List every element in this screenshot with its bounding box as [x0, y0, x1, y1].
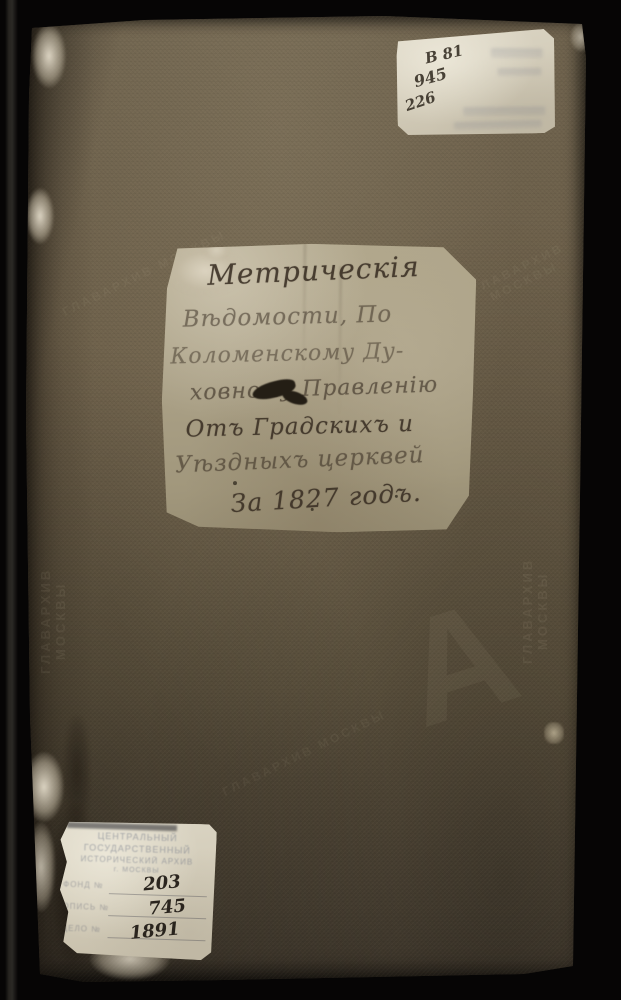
title-line: Вѣдомости, По — [182, 301, 392, 332]
watermark-text: ГЛАВАРХИВ МОСКВЫ — [520, 536, 550, 686]
watermark-letter: А — [380, 563, 536, 761]
handwritten-number: 226 — [403, 88, 438, 115]
opis-row: ОПИСЬ № — [62, 900, 208, 921]
scan-cradle-strip — [5, 0, 18, 1000]
delo-field-label: ДЕЛО № — [62, 924, 101, 934]
title-line: За 1827 годъ. — [230, 478, 423, 518]
fond-field-label: ФОНД № — [63, 880, 104, 890]
title-label: Метрическія Вѣдомости, По Коломенскому Д… — [158, 240, 479, 535]
worn-dark-streak — [64, 716, 90, 826]
faded-stamp-smudge — [463, 106, 545, 116]
title-line: Отъ Градскихъ и — [185, 411, 414, 443]
inventory-label-top: В 81 945 226 — [394, 29, 558, 140]
opis-number: 745 — [148, 895, 187, 919]
fray-spot — [32, 24, 66, 88]
title-line: Коломенскому Ду- — [170, 339, 405, 370]
opis-field-label: ОПИСЬ № — [62, 902, 109, 912]
fond-number: 203 — [142, 871, 181, 895]
watermark-text: ГЛАВАРХИВ МОСКВЫ — [220, 707, 388, 799]
ink-dot — [395, 495, 398, 498]
faded-stamp-smudge — [497, 68, 541, 76]
title-line: ховному Правленію — [190, 372, 439, 405]
fray-spot — [570, 22, 592, 52]
archive-stamp-label: ЦЕНТРАЛЬНЫЙ ГОСУДАРСТВЕННЫЙ ИСТОРИЧЕСКИЙ… — [55, 820, 217, 961]
fray-spot — [24, 752, 64, 822]
sticker-residue-patch — [544, 722, 564, 744]
fray-spot — [26, 188, 54, 244]
fond-row: ФОНД № — [63, 878, 209, 899]
ink-dot — [233, 481, 237, 485]
book-cover: ГЛАВАРХИВ МОСКВЫ ГЛАВАРХИВ МОСКВЫ ГЛАВАР… — [24, 16, 588, 982]
ink-dot — [311, 508, 314, 511]
faded-stamp-smudge — [454, 120, 542, 130]
archival-photo: ГЛАВАРХИВ МОСКВЫ ГЛАВАРХИВ МОСКВЫ ГЛАВАР… — [0, 0, 621, 1000]
title-line: Уѣздныхъ церквей — [175, 442, 425, 478]
faded-stamp-smudge — [491, 48, 543, 58]
handwritten-number: 945 — [412, 64, 449, 91]
